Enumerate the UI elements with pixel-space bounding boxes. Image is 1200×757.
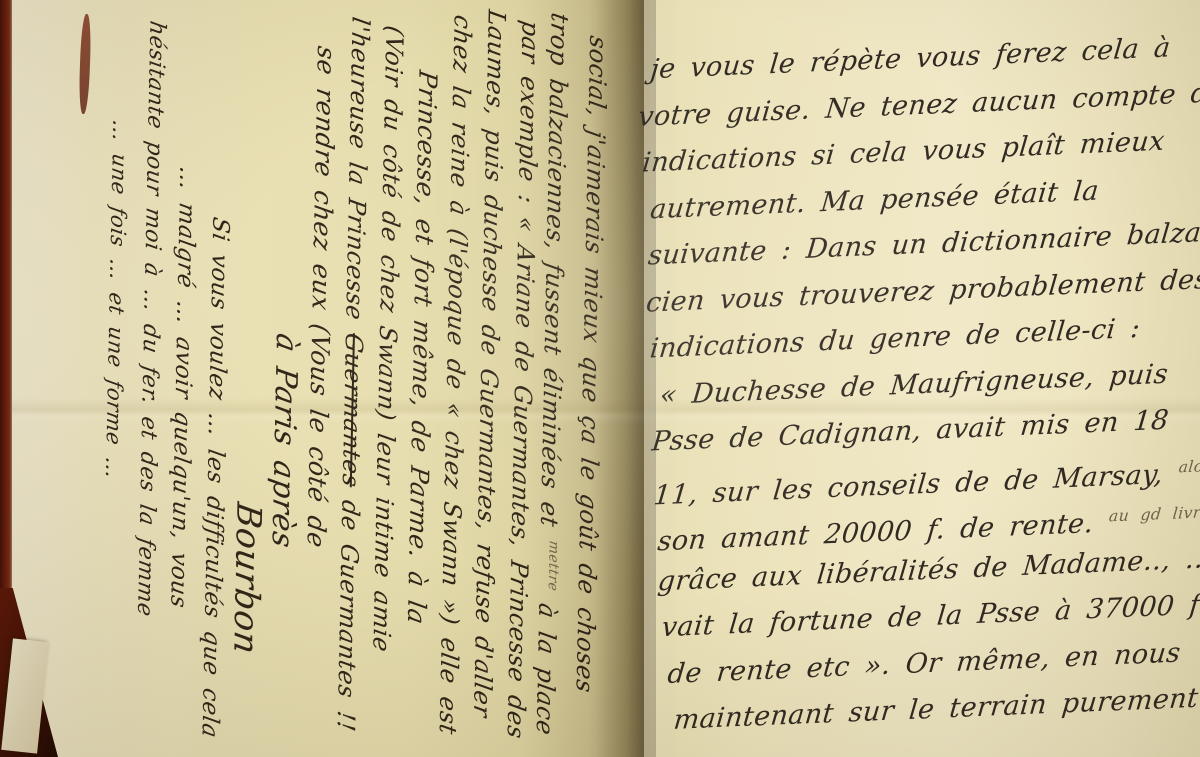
manuscript-photo: social, j'aimerais mieux que ça le goût … xyxy=(0,0,1200,757)
inserted-word: mettre xyxy=(545,539,562,592)
right-page-handwriting: je vous le répète vous ferez cela àvotre… xyxy=(635,25,1200,757)
inserted-word: alors xyxy=(1178,455,1200,476)
inserted-word: au gd livre xyxy=(1108,502,1200,525)
crossed-out-word: Guermantes xyxy=(337,331,368,489)
left-page-handwriting: social, j'aimerais mieux que ça le goût … xyxy=(80,0,616,757)
